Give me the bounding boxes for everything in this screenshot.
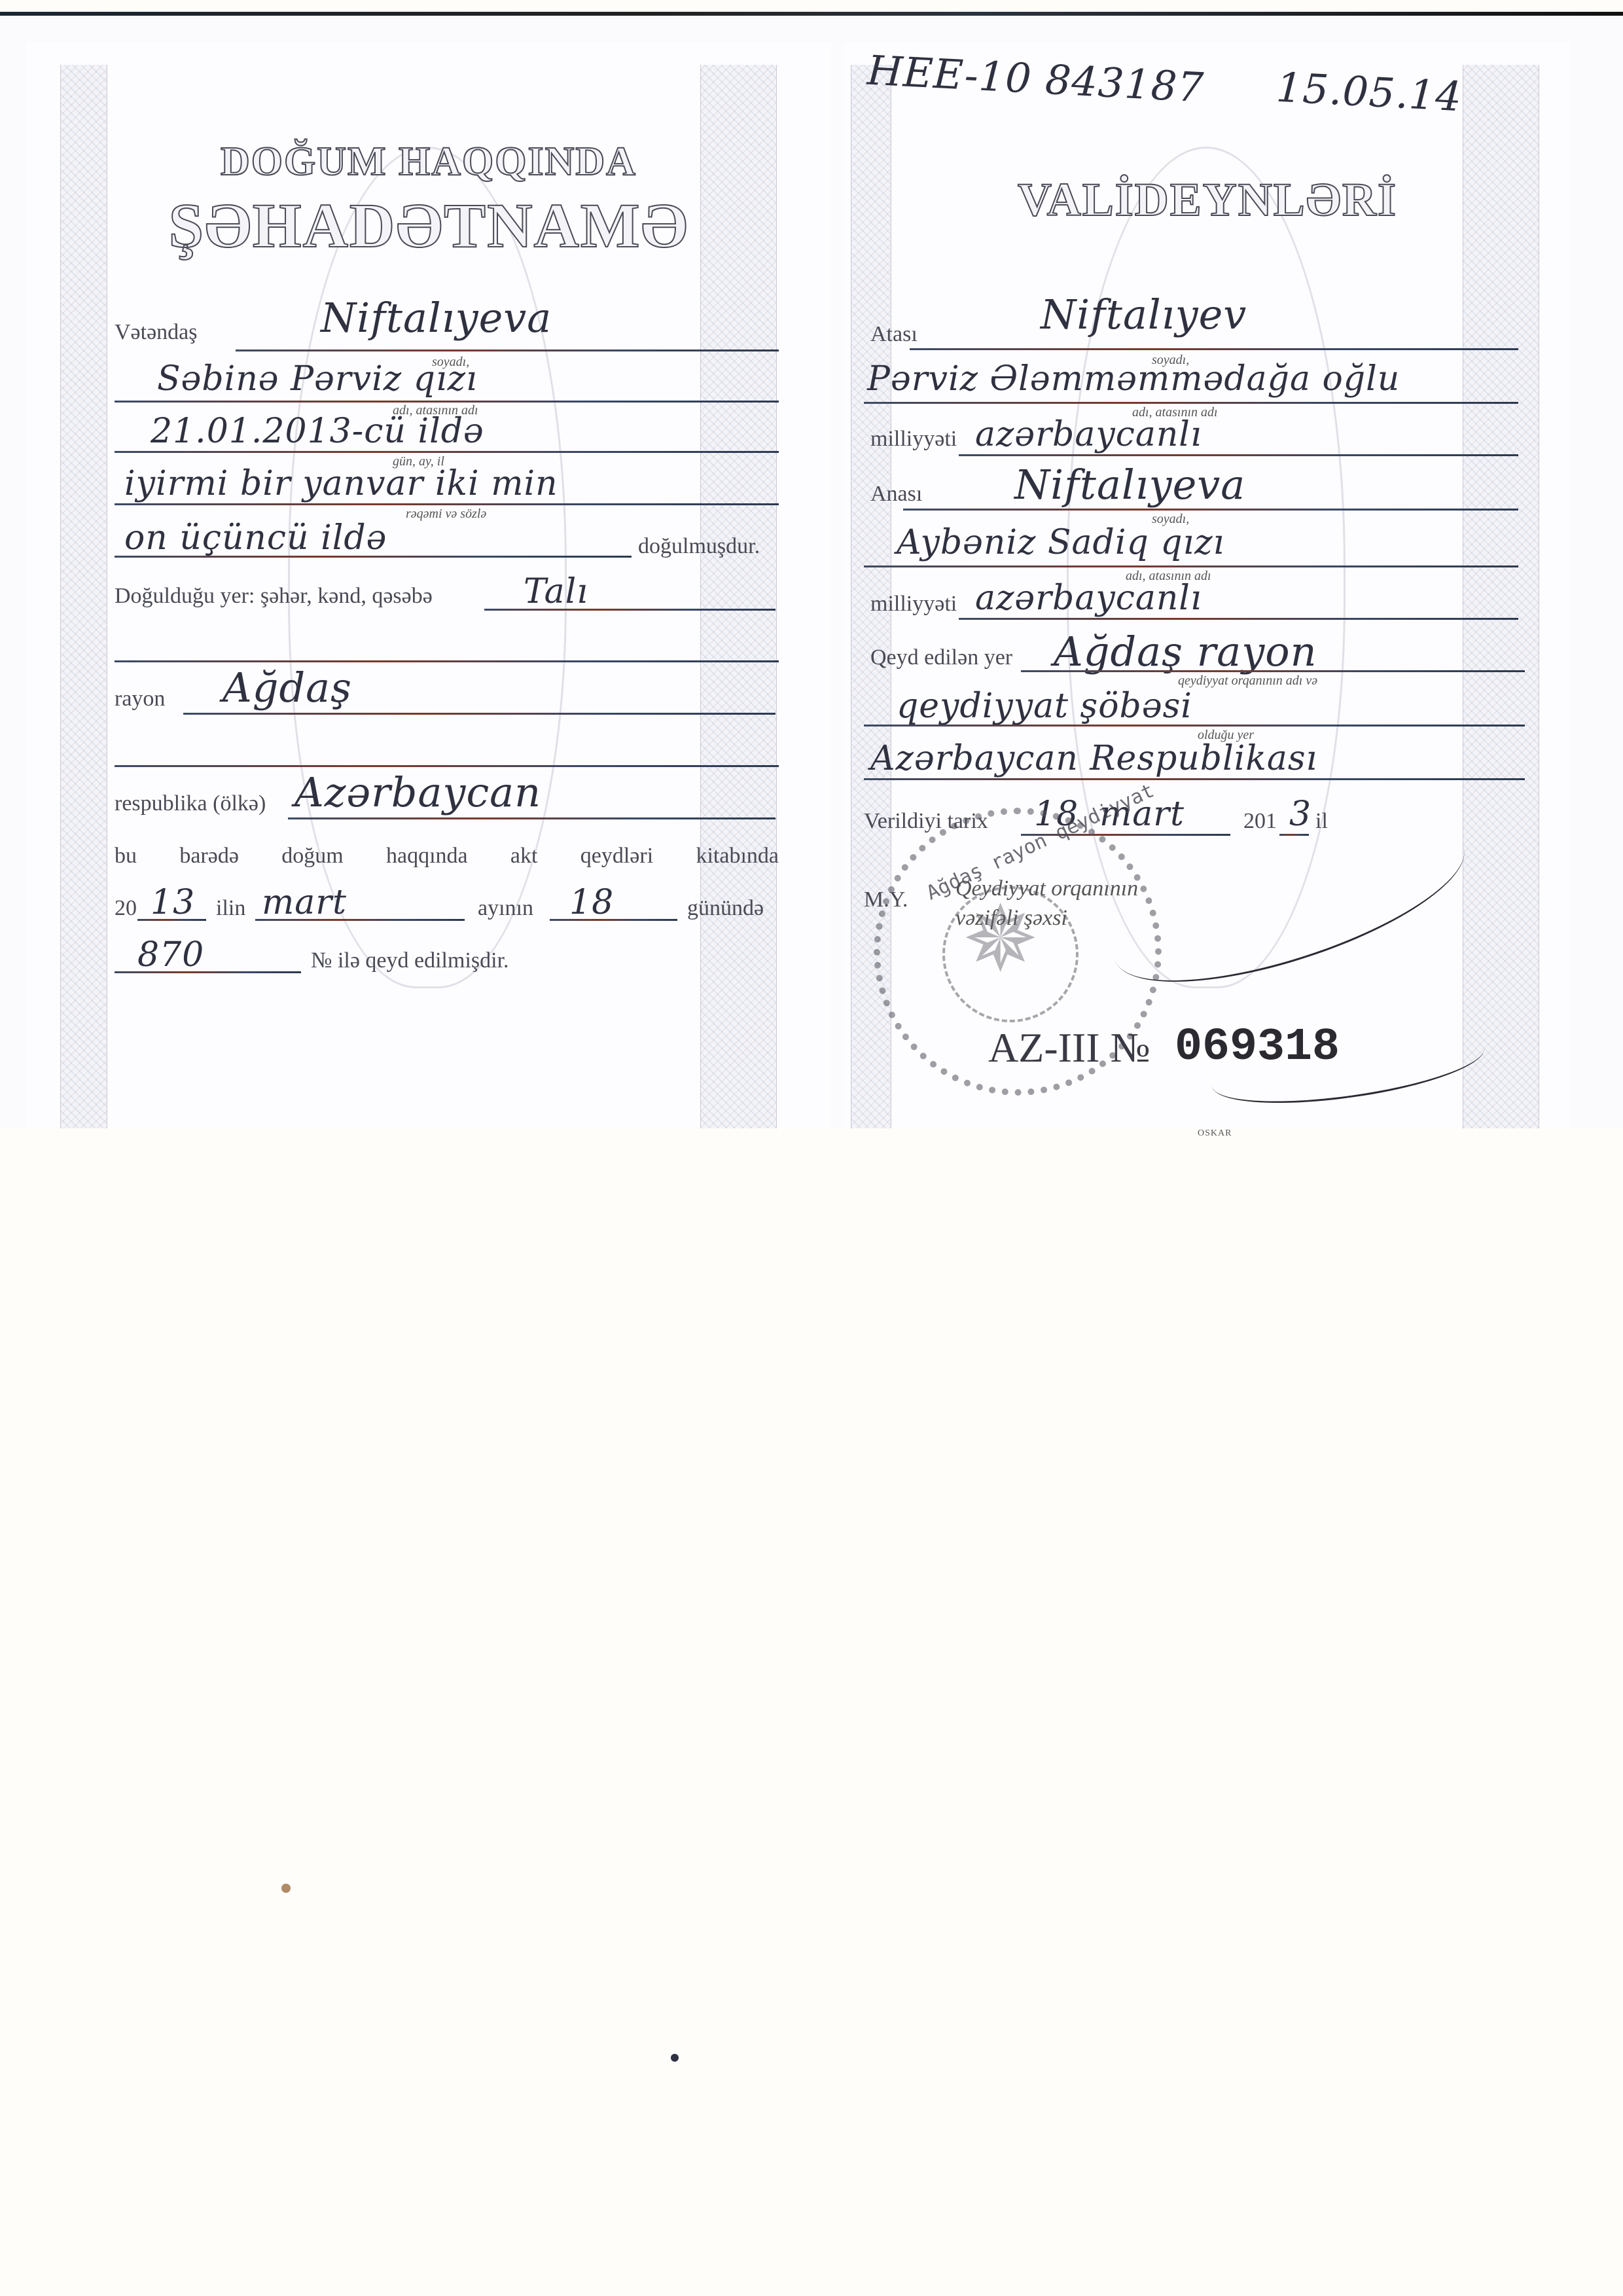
registered-value-1: Ağdaş rayon [1054, 628, 1317, 675]
issued-year-label: il [1315, 809, 1328, 834]
born-suffix: doğulmuşdur. [638, 534, 760, 559]
dob-words-line-2 [115, 556, 632, 558]
mother-nationality: azərbaycanlı [975, 579, 1202, 618]
father-surname: Niftalıyev [1041, 291, 1247, 338]
scanned-certificate: DOĞUM HAQQINDA ŞƏHADƏTNAMƏ Vətəndaş Nift… [0, 16, 1623, 1128]
father-label: Atası [870, 322, 918, 347]
registered-line-1 [1021, 670, 1525, 672]
father-nationality-label: milliyyəti [870, 427, 957, 452]
record-month-label: ayının [478, 896, 533, 921]
star-emblem-icon: ✵ [962, 886, 1039, 993]
title-line-1: DOĞUM HAQQINDA [26, 139, 831, 185]
record-number-label: № ilə qeyd edilmişdir. [311, 948, 509, 973]
dob-words-value-2: on üçüncü ildə [124, 518, 387, 558]
republic-value: Azərbaycan [294, 768, 541, 816]
mother-name-line [864, 565, 1518, 567]
record-day-value: 18 [569, 883, 614, 922]
father-surname-line [910, 348, 1518, 350]
record-year-label: ilin [216, 896, 245, 921]
republic-label: respublika (ölkə) [115, 791, 266, 816]
surname-line [236, 350, 779, 351]
rayon-value: Ağdaş [223, 664, 352, 711]
mother-nationality-line [959, 618, 1518, 620]
name-line [115, 401, 779, 403]
father-nationality-line [959, 454, 1518, 456]
handwritten-date: 15.05.14 [1275, 63, 1463, 121]
record-year-prefix: 20 [115, 896, 137, 921]
name-value: Səbinə Pərviz qızı [157, 359, 478, 399]
rayon-line-2 [115, 765, 779, 767]
registered-value-3: Azərbaycan Respublikası [870, 739, 1317, 778]
dob-words-caption: rəqəmi və sözlə [406, 507, 486, 522]
parents-title: VALİDEYNLƏRİ [844, 173, 1571, 227]
issued-year-suffix: 3 [1289, 795, 1311, 834]
registered-label: Qeyd edilən yer [870, 645, 1012, 670]
left-page: DOĞUM HAQQINDA ŞƏHADƏTNAMƏ Vətəndaş Nift… [26, 42, 831, 1128]
right-page: HEE-10 843187 15.05.14 VALİDEYNLƏRİ Atas… [844, 42, 1571, 1128]
record-year-line [137, 919, 206, 921]
rayon-line [183, 713, 776, 715]
birthplace-line-2 [115, 660, 779, 662]
mother-surname: Niftalıyeva [1014, 461, 1245, 509]
mother-surname-line [903, 509, 1518, 511]
record-month-line [255, 919, 465, 921]
rayon-label: rayon [115, 687, 165, 711]
record-number-line [115, 971, 301, 973]
issued-year-prefix: 201 [1243, 809, 1277, 834]
record-day-line [550, 919, 677, 921]
printer-mark: OSKAR [1198, 1128, 1232, 1139]
dob-value: 21.01.2013-cü ildə [151, 412, 484, 451]
surname-value: Niftalıyeva [321, 294, 552, 342]
birthplace-line [484, 609, 776, 611]
father-nationality: azərbaycanlı [975, 415, 1202, 454]
record-number-value: 870 [137, 935, 204, 975]
mother-label: Anası [870, 482, 922, 507]
series-number: 069318 [1175, 1022, 1340, 1073]
registered-line-3 [864, 778, 1525, 780]
series-label: AZ-III № [988, 1024, 1150, 1072]
title-line-2: ŞƏHADƏTNAMƏ [26, 189, 831, 262]
dob-words-value-1: iyirmi bir yanvar iki min [124, 464, 558, 503]
dob-line [115, 451, 779, 453]
record-year-value: 13 [151, 883, 195, 922]
paper-speck [671, 2054, 679, 2062]
dob-words-line-1 [115, 503, 779, 505]
citizen-label: Vətəndaş [115, 320, 198, 345]
issued-year-line [1279, 834, 1309, 836]
republic-line [288, 817, 776, 819]
handwritten-reference: HEE-10 843187 [866, 46, 1205, 112]
paper-speck [281, 1884, 291, 1893]
birthplace-label: Doğulduğu yer: şəhər, kənd, qəsəbə [115, 584, 433, 609]
record-day-label: günündə [687, 896, 764, 921]
registered-caption-1: qeydiyyat orqanının adı və [1178, 673, 1317, 689]
mother-name: Aybəniz Sadiq qızı [897, 523, 1224, 562]
father-name-line [864, 402, 1518, 404]
record-month-value: mart [262, 883, 347, 922]
registered-line-2 [864, 725, 1525, 726]
mother-nationality-label: milliyyəti [870, 592, 957, 617]
record-text: bu barədə doğum haqqında akt qeydləri ki… [115, 844, 779, 869]
birthplace-value: Talı [524, 572, 588, 611]
father-name: Pərviz Ələmməmmədağa oğlu [867, 359, 1400, 399]
registered-value-2: qeydiyyat şöbəsi [897, 687, 1192, 726]
